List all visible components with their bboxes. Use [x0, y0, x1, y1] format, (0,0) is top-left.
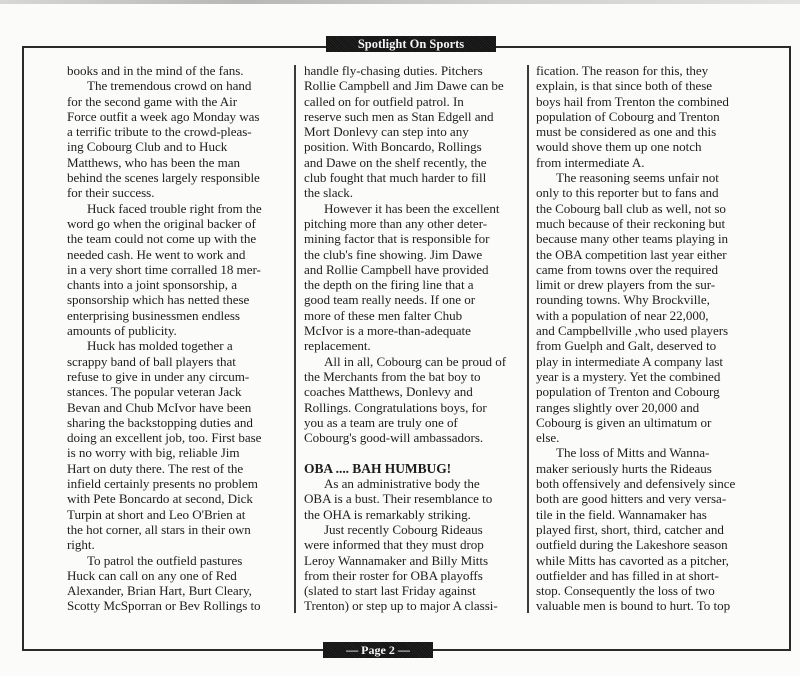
- text-line: the club's fine showing. Jim Dawe: [304, 247, 524, 262]
- text-line: Just recently Cobourg Rideaus: [304, 522, 524, 537]
- text-line: sponsorship which has netted these: [67, 292, 287, 307]
- text-line: else.: [536, 430, 772, 445]
- text-line: fication. The reason for this, they: [536, 63, 772, 78]
- text-line: from intermediate A.: [536, 155, 772, 170]
- text-line: played first, short, third, catcher and: [536, 522, 772, 537]
- text-line: the team could not come up with the: [67, 231, 287, 246]
- article-column-1: books and in the mind of the fans.The tr…: [67, 63, 287, 614]
- text-line: (slated to start last Friday against: [304, 583, 524, 598]
- text-line: is no worry with big, reliable Jim: [67, 445, 287, 460]
- text-line: Alexander, Brian Hart, Burt Cleary,: [67, 583, 287, 598]
- text-line: right.: [67, 537, 287, 552]
- text-line: doing an excellent job, too. First base: [67, 430, 287, 445]
- text-line: outfield during the Lakeshore season: [536, 537, 772, 552]
- text-line: play in intermediate A company last: [536, 354, 772, 369]
- text-line: amounts of publicity.: [67, 323, 287, 338]
- text-line: much because of their reckoning but: [536, 216, 772, 231]
- text-line: scrappy band of ball players that: [67, 354, 287, 369]
- text-line: sharing the backstopping duties and: [67, 415, 287, 430]
- text-line: Trenton) or step up to major A classi-: [304, 598, 524, 613]
- text-line: and Campbellville ,who used players: [536, 323, 772, 338]
- column-divider: [294, 65, 296, 613]
- text-line: and Rollie Campbell have provided: [304, 262, 524, 277]
- text-line: coaches Matthews, Donlevy and: [304, 384, 524, 399]
- text-line: with a population of near 22,000,: [536, 308, 772, 323]
- text-line: All in all, Cobourg can be proud of: [304, 354, 524, 369]
- text-line: infield certainly presents no problem: [67, 476, 287, 491]
- text-line: Mort Donlevy can step into any: [304, 124, 524, 139]
- article-subheading: OBA .... BAH HUMBUG!: [304, 461, 524, 476]
- text-line: the slack.: [304, 185, 524, 200]
- text-line: maker seriously hurts the Rideaus: [536, 461, 772, 476]
- page-number-banner: — Page 2 —: [323, 642, 433, 658]
- text-line: valuable men is bound to hurt. To top: [536, 598, 772, 613]
- text-line: word go when the original backer of: [67, 216, 287, 231]
- text-line: mining factor that is responsible for: [304, 231, 524, 246]
- article-column-3: fication. The reason for this, theyexpla…: [536, 63, 772, 614]
- text-line: stances. The popular veteran Jack: [67, 384, 287, 399]
- text-line: chants into a joint sponsorship, a: [67, 277, 287, 292]
- article-column-2: handle fly-chasing duties. PitchersRolli…: [304, 63, 524, 614]
- text-line: As an administrative body the: [304, 476, 524, 491]
- text-line: the depth on the firing line that a: [304, 277, 524, 292]
- text-line: boys hail from Trenton the combined: [536, 94, 772, 109]
- text-line: ranges slightly over 20,000 and: [536, 400, 772, 415]
- text-line: Cobourg's good-will ambassadors.: [304, 430, 524, 445]
- text-line: books and in the mind of the fans.: [67, 63, 287, 78]
- text-line: enterprising businessmen endless: [67, 308, 287, 323]
- paragraph-gap: [304, 445, 524, 460]
- text-line: outfielder and has filled in at short-: [536, 568, 772, 583]
- text-line: To patrol the outfield pastures: [67, 553, 287, 568]
- text-line: limit or drew players from the sur-: [536, 277, 772, 292]
- text-line: ing Cobourg Club and to Huck: [67, 139, 287, 154]
- text-line: for their success.: [67, 185, 287, 200]
- text-line: McIvor is a more-than-adequate: [304, 323, 524, 338]
- text-line: only to this reporter but to fans and: [536, 185, 772, 200]
- text-line: reserve such men as Stan Edgell and: [304, 109, 524, 124]
- text-line: Rollings. Congratulations boys, for: [304, 400, 524, 415]
- text-line: in a very short time corralled 18 mer-: [67, 262, 287, 277]
- text-line: The tremendous crowd on hand: [67, 78, 287, 93]
- text-line: and Dawe on the shelf recently, the: [304, 155, 524, 170]
- text-line: position. With Boncardo, Rollings: [304, 139, 524, 154]
- text-line: pitching more than any other deter-: [304, 216, 524, 231]
- text-line: Cobourg is given an ultimatum or: [536, 415, 772, 430]
- text-line: the Merchants from the bat boy to: [304, 369, 524, 384]
- text-line: while Mitts has cavorted as a pitcher,: [536, 553, 772, 568]
- text-line: the OBA competition last year either: [536, 247, 772, 262]
- text-line: with Pete Boncardo at second, Dick: [67, 491, 287, 506]
- text-line: year is a mystery. Yet the combined: [536, 369, 772, 384]
- text-line: the Cobourg ball club as well, not so: [536, 201, 772, 216]
- text-line: population of Cobourg and Trenton: [536, 109, 772, 124]
- text-line: more of these men falter Chub: [304, 308, 524, 323]
- text-line: Huck can call on any one of Red: [67, 568, 287, 583]
- text-line: Hart on duty there. The rest of the: [67, 461, 287, 476]
- text-line: called on for outfield patrol. In: [304, 94, 524, 109]
- text-line: club fought that much harder to fill: [304, 170, 524, 185]
- text-line: from their roster for OBA playoffs: [304, 568, 524, 583]
- text-line: handle fly-chasing duties. Pitchers: [304, 63, 524, 78]
- text-line: Leroy Wannamaker and Billy Mitts: [304, 553, 524, 568]
- text-line: Matthews, who has been the man: [67, 155, 287, 170]
- text-line: Rollie Campbell and Jim Dawe can be: [304, 78, 524, 93]
- text-line: because many other teams playing in: [536, 231, 772, 246]
- text-line: population of Trenton and Cobourg: [536, 384, 772, 399]
- text-line: both offensively and defensively since: [536, 476, 772, 491]
- text-line: good team really needs. If one or: [304, 292, 524, 307]
- text-line: However it has been the excellent: [304, 201, 524, 216]
- text-line: the hot corner, all stars in their own: [67, 522, 287, 537]
- column-divider: [527, 65, 529, 613]
- section-title-banner: Spotlight On Sports: [326, 36, 496, 52]
- text-line: Scotty McSporran or Bev Rollings to: [67, 598, 287, 613]
- text-line: The reasoning seems unfair not: [536, 170, 772, 185]
- text-line: OBA is a bust. Their resemblance to: [304, 491, 524, 506]
- text-line: behind the scenes largely responsible: [67, 170, 287, 185]
- text-line: refuse to give in under any circum-: [67, 369, 287, 384]
- text-line: replacement.: [304, 338, 524, 353]
- text-line: Force outfit a week ago Monday was: [67, 109, 287, 124]
- text-line: a terrific tribute to the crowd-pleas-: [67, 124, 287, 139]
- text-line: The loss of Mitts and Wanna-: [536, 445, 772, 460]
- scan-edge: [0, 0, 800, 4]
- text-line: Bevan and Chub McIvor have been: [67, 400, 287, 415]
- text-line: Turpin at short and Leo O'Brien at: [67, 507, 287, 522]
- text-line: both are good hitters and very versa-: [536, 491, 772, 506]
- text-line: were informed that they must drop: [304, 537, 524, 552]
- text-line: must be considered as one and this: [536, 124, 772, 139]
- text-line: Huck faced trouble right from the: [67, 201, 287, 216]
- text-line: for the second game with the Air: [67, 94, 287, 109]
- text-line: needed cash. He went to work and: [67, 247, 287, 262]
- text-line: you as a team are truly one of: [304, 415, 524, 430]
- text-line: tile in the field. Wannamaker has: [536, 507, 772, 522]
- text-line: from Guelph and Galt, deserved to: [536, 338, 772, 353]
- text-line: came from towns over the required: [536, 262, 772, 277]
- text-line: rounding towns. Why Brockville,: [536, 292, 772, 307]
- text-line: the OHA is remarkably striking.: [304, 507, 524, 522]
- text-line: stop. Consequently the loss of two: [536, 583, 772, 598]
- text-line: would shove them up one notch: [536, 139, 772, 154]
- text-line: Huck has molded together a: [67, 338, 287, 353]
- text-line: explain, is that since both of these: [536, 78, 772, 93]
